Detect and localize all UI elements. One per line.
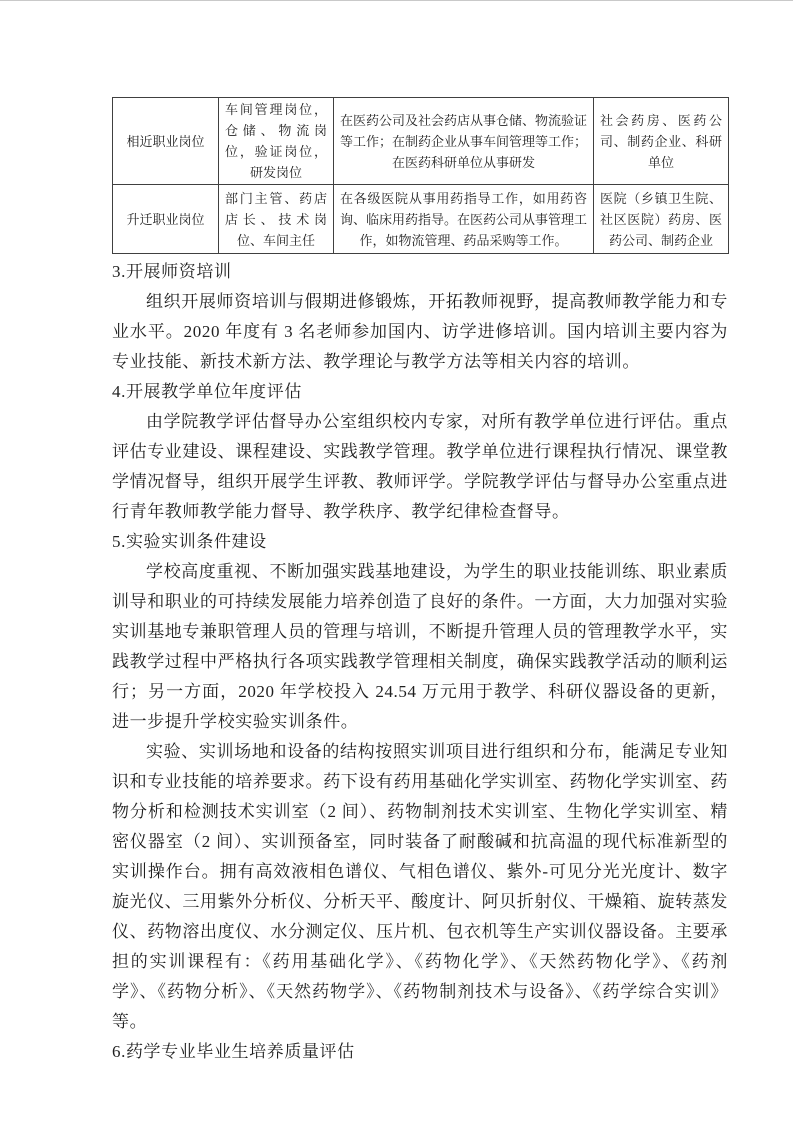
section-5-paragraph-1: 学校高度重视、不断加强实践基地建设，为学生的职业技能训练、职业素质训导和职业的可… — [112, 557, 728, 737]
section-heading-3: 3.开展师资培训 — [112, 257, 728, 287]
section-heading-4: 4.开展教学单位年度评估 — [112, 377, 728, 407]
cell-category: 升迁职业岗位 — [113, 185, 219, 254]
section-heading-5: 5.实验实训条件建设 — [112, 527, 728, 557]
section-4-paragraph: 由学院教学评估督导办公室组织校内专家，对所有教学单位进行评估。重点评估专业建设、… — [112, 407, 728, 527]
cell-duties: 在各级医院从事用药指导工作，如用药咨询、临床用药指导。在医药公司从事管理工作，如… — [334, 185, 594, 254]
cell-category: 相近职业岗位 — [113, 98, 219, 185]
table-row-promotion-positions: 升迁职业岗位 部门主管、药店店长、技术岗位、车间主任 在各级医院从事用药指导工作… — [113, 185, 729, 254]
table-row-similar-positions: 相近职业岗位 车间管理岗位，仓储、物流岗位，验证岗位，研发岗位 在医药公司及社会… — [113, 98, 729, 185]
cell-units: 医院（乡镇卫生院、社区医院）药房、医药公司、制药企业 — [594, 185, 729, 254]
career-positions-table: 相近职业岗位 车间管理岗位，仓储、物流岗位，验证岗位，研发岗位 在医药公司及社会… — [112, 97, 729, 254]
cell-positions: 部门主管、药店店长、技术岗位、车间主任 — [219, 185, 334, 254]
section-heading-6: 6.药学专业毕业生培养质量评估 — [112, 1037, 728, 1067]
cell-duties: 在医药公司及社会药店从事仓储、物流验证等工作；在制药企业从事车间管理等工作；在医… — [334, 98, 594, 185]
document-body-text: 3.开展师资培训 组织开展师资培训与假期进修锻炼，开拓教师视野，提高教师教学能力… — [112, 257, 728, 1067]
section-3-paragraph: 组织开展师资培训与假期进修锻炼，开拓教师视野，提高教师教学能力和专业水平。202… — [112, 287, 728, 377]
cell-units: 社会药房、医药公司、制药企业、科研单位 — [594, 98, 729, 185]
document-page: 相近职业岗位 车间管理岗位，仓储、物流岗位，验证岗位，研发岗位 在医药公司及社会… — [0, 0, 793, 1122]
cell-positions: 车间管理岗位，仓储、物流岗位，验证岗位，研发岗位 — [219, 98, 334, 185]
section-5-paragraph-2: 实验、实训场地和设备的结构按照实训项目进行组织和分布，能满足专业知识和专业技能的… — [112, 737, 728, 1037]
document-content-area: 相近职业岗位 车间管理岗位，仓储、物流岗位，验证岗位，研发岗位 在医药公司及社会… — [112, 97, 728, 1067]
